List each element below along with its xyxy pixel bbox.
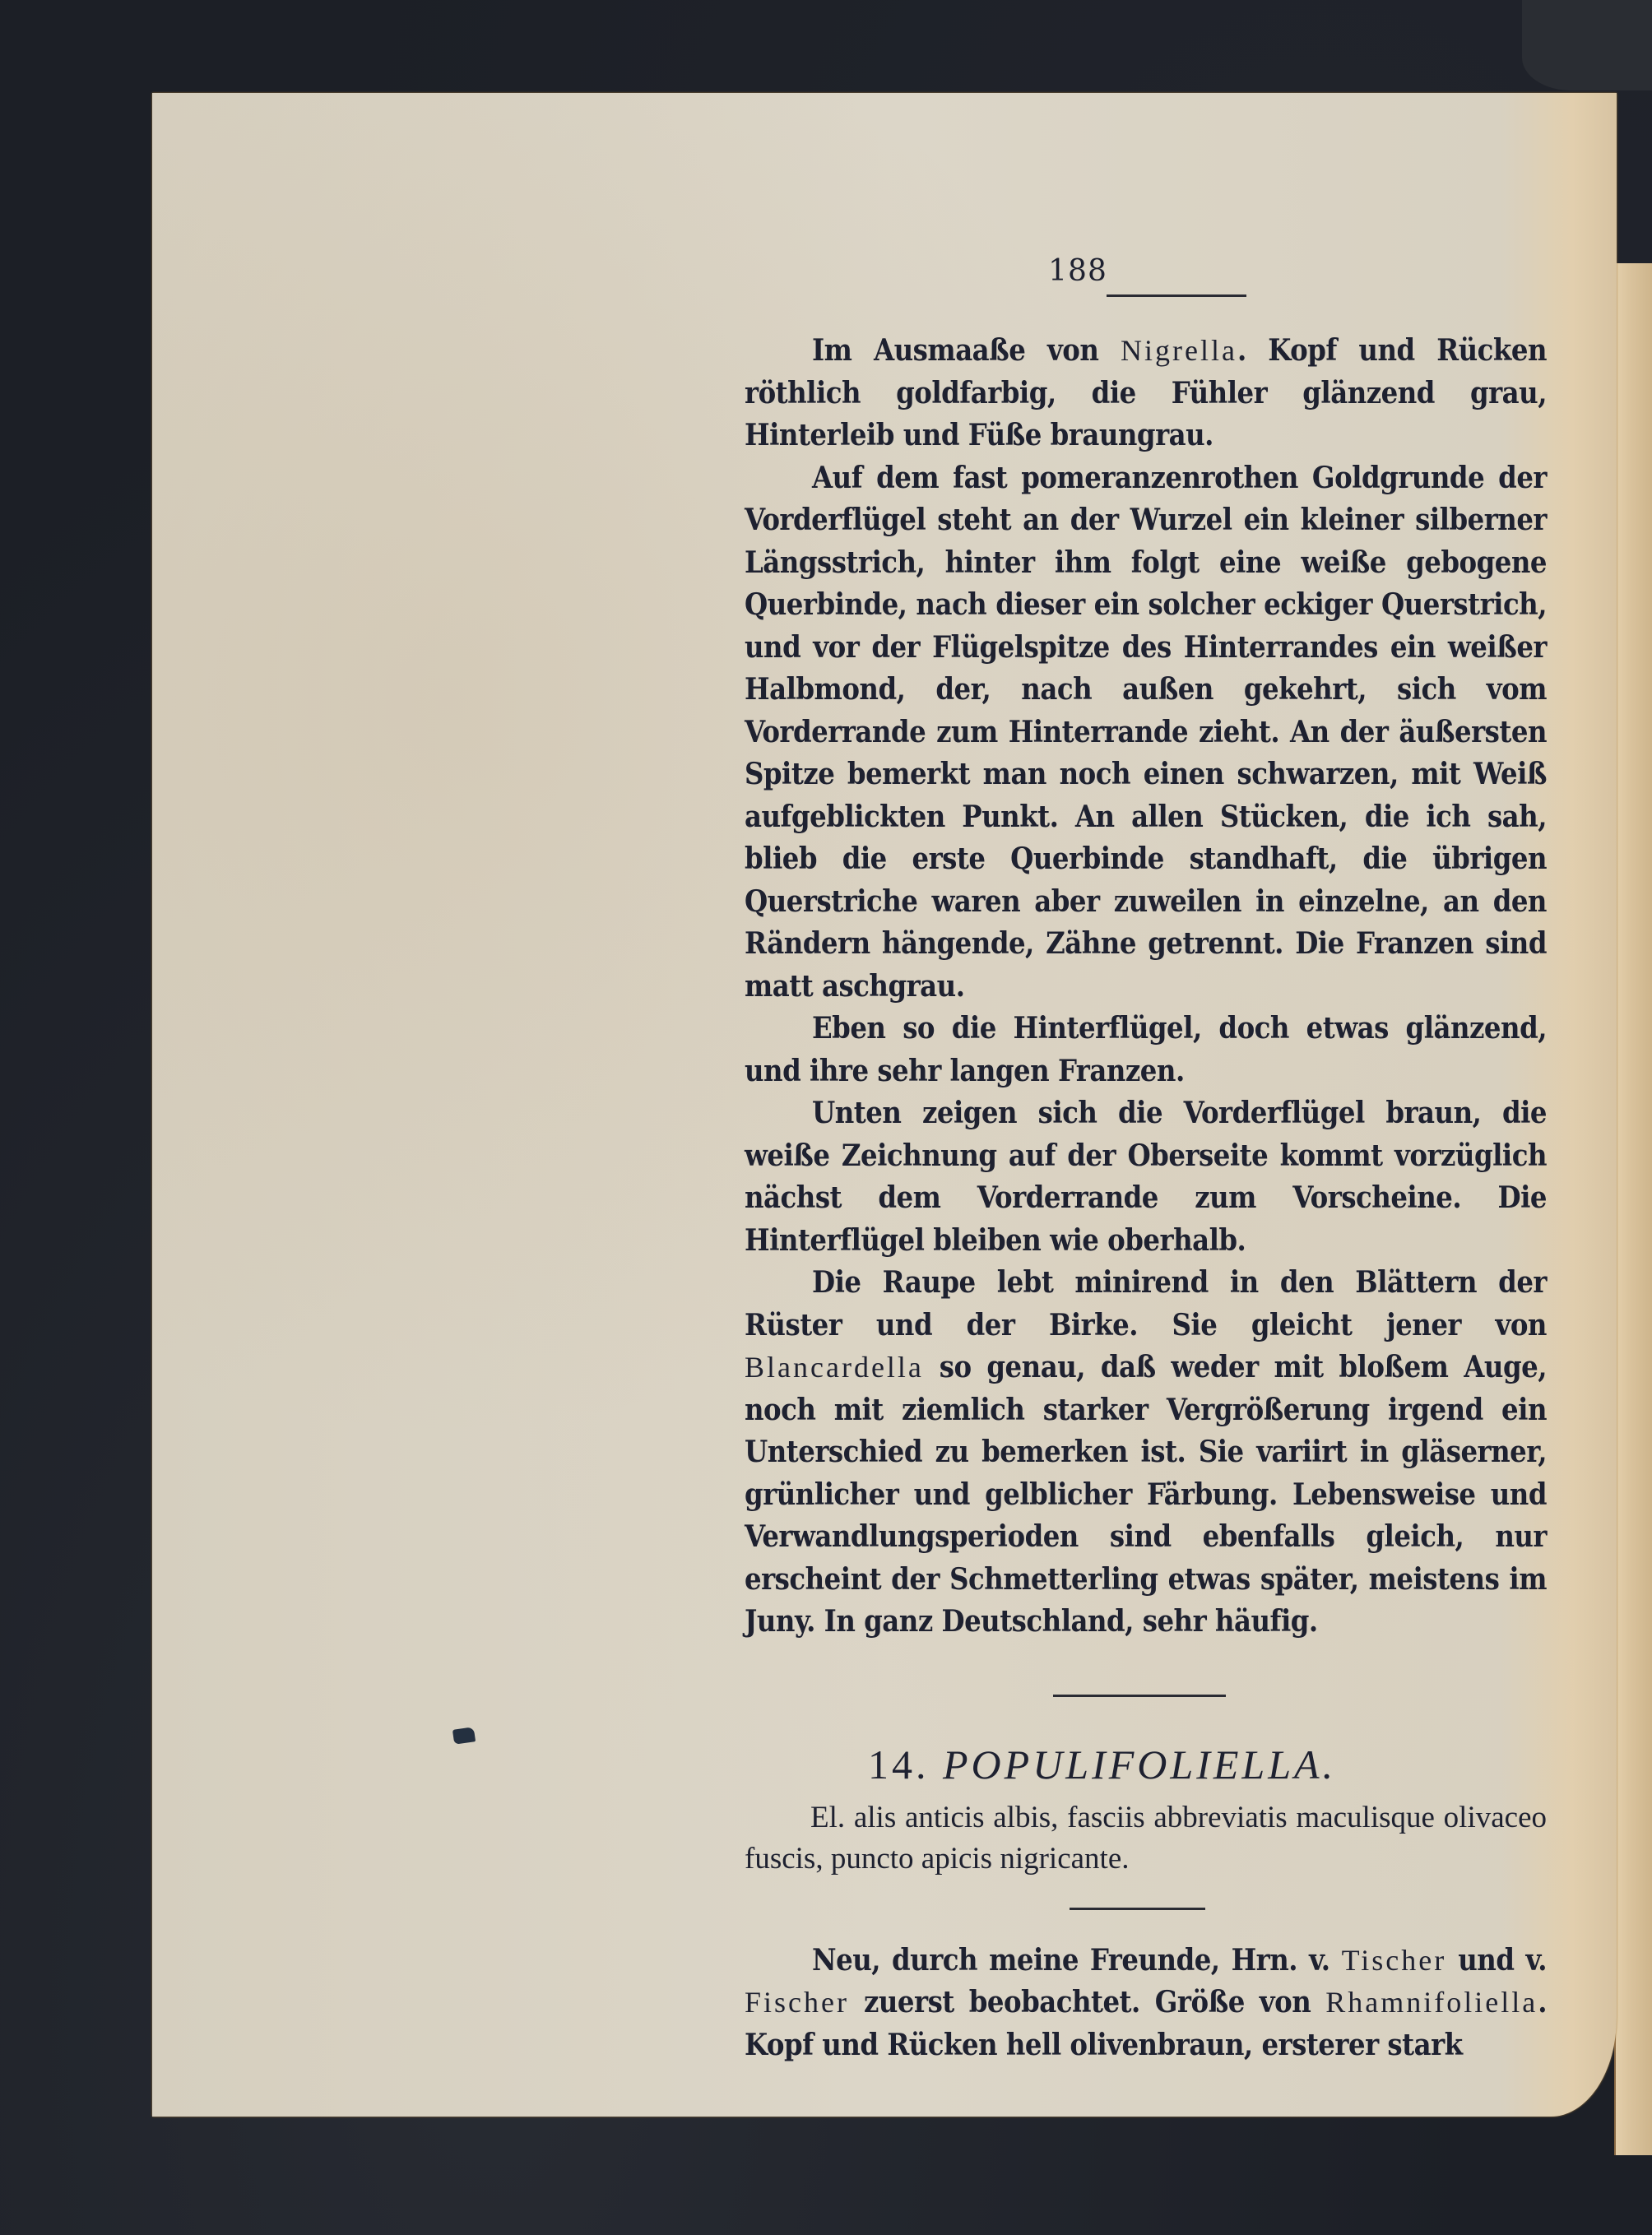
header-rule	[1107, 294, 1246, 297]
text-run: Im Ausmaaße von	[812, 333, 1121, 368]
text-run: El. alis anticis albis, fasciis abbrevia…	[745, 1801, 1547, 1876]
text-block: 188 Im Ausmaaße von Nigrella. Kopf und R…	[745, 255, 1547, 2066]
text-run: Die Raupe lebt minirend in den Blättern …	[745, 1265, 1547, 1342]
latin-diagnosis: El. alis anticis albis, fasciis abbrevia…	[745, 1797, 1547, 1880]
scan-shadow	[1522, 0, 1652, 90]
text-run: Eben so die Hinterflügel, doch etwas glä…	[745, 1011, 1547, 1088]
page-number: 188	[613, 255, 1543, 288]
paragraph-5: Die Raupe lebt minirend in den Blättern …	[745, 1262, 1547, 1644]
section-species-name: POPULIFOLIELLA.	[943, 1741, 1336, 1788]
text-run: Unten zeigen sich die Vorderflügel braun…	[745, 1096, 1547, 1258]
page-edge-fold	[1614, 263, 1652, 2155]
text-run: so genau, daß weder mit bloßem Auge, noc…	[745, 1350, 1547, 1639]
species-name-rhamnifoliella: Rhamnifoliella	[1325, 1986, 1538, 2019]
species-name-nigrella: Nigrella	[1121, 334, 1237, 367]
text-run: und v.	[1446, 1943, 1547, 1978]
paragraph-4: Unten zeigen sich die Vorderflügel braun…	[745, 1092, 1547, 1262]
species-name-blancardella: Blancardella	[745, 1351, 924, 1384]
paragraph-3: Eben so die Hinterflügel, doch etwas glä…	[745, 1008, 1547, 1092]
text-run: Auf dem fast pomeranzenrothen Goldgrunde…	[745, 461, 1547, 1004]
text-run: Neu, durch meine Freunde, Hrn. v.	[812, 1943, 1342, 1978]
paragraph-1: Im Ausmaaße von Nigrella. Kopf und Rücke…	[745, 330, 1547, 457]
person-name-tischer: Tischer	[1342, 1944, 1447, 1977]
text-run: zuerst beobachtet. Größe von	[849, 1985, 1325, 2019]
paragraph-2: Auf dem fast pomeranzenrothen Goldgrunde…	[745, 457, 1547, 1009]
person-name-fischer: Fischer	[745, 1986, 849, 2019]
section-number: 14.	[868, 1741, 930, 1788]
diagnosis-rule	[1070, 1908, 1205, 1910]
section-heading: 14. POPULIFOLIELLA.	[868, 1740, 1547, 1789]
section-divider	[1053, 1695, 1226, 1697]
ink-blot	[452, 1727, 476, 1744]
section-paragraph-1: Neu, durch meine Freunde, Hrn. v. Tische…	[745, 1940, 1547, 2067]
